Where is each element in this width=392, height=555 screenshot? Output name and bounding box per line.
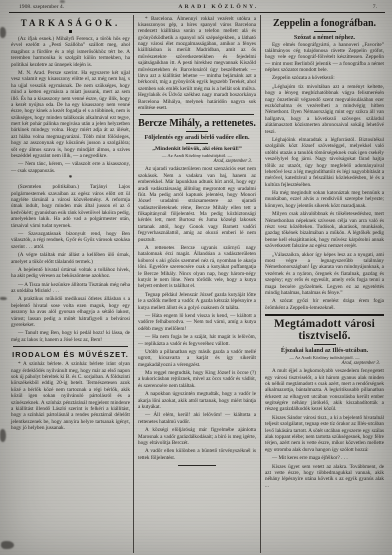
title-rule: [314, 31, 336, 32]
body-paragraph: Egy elmés fonográfgyártó, a hannoveri „F…: [265, 42, 384, 74]
body-paragraph: M. N. Arad. Persze szerint. Ha egyszerre…: [11, 70, 130, 159]
ink-smudge: [60, 0, 65, 3]
star-divider: *: [11, 176, 130, 181]
ink-smudge: [0, 27, 6, 38]
column-divider: [260, 15, 261, 553]
section-rule: [140, 114, 254, 115]
end-rule: [178, 465, 216, 466]
article-subtitle: Éjszakai kaland az Illés-utcában.: [265, 347, 384, 354]
masthead: ARADI KÖZLÖNY.: [178, 4, 258, 10]
section-title-tarkasagok: TARKASÁGOK.: [11, 18, 130, 28]
body-paragraph: A szózat győzi hír emelést drága érem fo…: [265, 298, 384, 311]
byline: — Az Aradi Közlöny tudósítójától. —: [265, 355, 384, 360]
body-paragraph: — Szavazgatásnak bizonyult rend, hogy Be…: [11, 231, 130, 250]
article-title-zeppelin: Zeppelin a fonográfban.: [265, 18, 384, 29]
column-middle: * Barcelona. Álmennyi rokkal vezérelt ut…: [135, 15, 259, 553]
page-header: 1908. szeptember 4. ARADI KÖZLÖNY. 7.: [9, 3, 385, 10]
body-paragraph: (Az ifjak esnek.) Mihályfi Ferencz, a tö…: [11, 36, 130, 68]
title-rule: [186, 131, 208, 132]
body-paragraph: A bejelentő hivatal úrtársai voltak a to…: [11, 267, 130, 280]
column-right: Zeppelin a fonográfban. Szózat a német n…: [262, 15, 385, 553]
square-divider: [69, 30, 73, 34]
body-paragraph: (A végre találtak már állást a kellőben …: [11, 252, 130, 265]
article-subtitle: Följelentés egy aradi bérlő vadőre ellen…: [138, 134, 256, 141]
body-paragraph: Kiszes Sándor városi tiszt., a ki a beje…: [265, 415, 384, 453]
body-paragraph: „Válaszaikra, akkor így képes lesz az a …: [265, 252, 384, 297]
byline: — Az Aradi Közlöny tudósítójától. —: [138, 153, 256, 158]
body-paragraph: Léghajóink elmaradtak a légforrástól. Bi…: [265, 137, 384, 188]
ink-smudge: [0, 297, 7, 300]
body-paragraph: — Mit keres erre maga éjfélkor? . . .: [265, 455, 384, 461]
body-paragraph: A vadőr ellen különben a büntető törvény…: [138, 448, 256, 461]
page-number: 7.: [373, 4, 377, 10]
section-rule: [265, 314, 384, 316]
body-paragraph: — Áll elém, kerül! aki lelövöm! — kiálto…: [138, 412, 256, 425]
section-title-irodalom: IRODALOM ÉS MŰVÉSZET.: [11, 350, 130, 359]
body-paragraph: Kiszes ügyet sem vetett az alakra. Továb…: [265, 464, 384, 490]
dateline: Arad, szeptember 3.: [265, 361, 380, 366]
body-paragraph: Utóbb a pillanatban egy másik gazda a va…: [138, 349, 256, 368]
article-title-bercze: Bercze Mihály, a rettenetes.: [138, 118, 256, 129]
body-paragraph: — Háta engem lő kend vissza is kend, — k…: [138, 313, 256, 332]
column-left: TARKASÁGOK. (Az ifjak esnek.) Mihályfi F…: [9, 15, 132, 553]
issue-date: 1908. szeptember 4.: [19, 4, 64, 10]
article-title-tisztviselo: Megtámadott városi tisztviselő.: [265, 318, 384, 342]
body-paragraph: Milyen csak alávalóbbnak és tökéletesedé…: [265, 211, 384, 249]
body-paragraph: Ma reggel megtudták, hogy King József is…: [138, 370, 256, 389]
body-paragraph: A mult éjjel a legkomolyabb veszedelem f…: [265, 368, 384, 413]
body-paragraph: — A Tisza már kezünkre állította Tisztán…: [11, 282, 130, 295]
body-paragraph: (Szemtelen politikában.) Tarjányi Lajos …: [11, 184, 130, 229]
body-paragraph: A praktikus működő medikusai ötletes áll…: [11, 296, 130, 328]
title-rule: [314, 344, 336, 345]
article-subtitle: Szózat a német néphez.: [265, 34, 384, 41]
body-paragraph: — Tanult meg Ben, hogy ki pedál hozz! ki…: [11, 330, 130, 343]
title-rule: [186, 143, 208, 144]
body-paragraph: Zeppelin szózata a következő:: [265, 75, 384, 81]
body-paragraph: A községi elöljáróság már figyelmébe ajá…: [138, 427, 256, 446]
section-rule: [13, 346, 128, 347]
dateline: Arad, szeptember 3.: [138, 159, 252, 164]
body-paragraph: „Léghajóm tíz mivoltában azt a reményt k…: [265, 84, 384, 135]
body-paragraph: * A szinház bérlete. A szinház bérlete i…: [11, 361, 130, 431]
runover-paragraph: * Barcelona. Álmennyi rokkal vezérelt ut…: [138, 16, 256, 112]
ink-smudge: [1, 541, 14, 549]
body-paragraph: A rettenetes Bercze ugyanis szörnyű nagy…: [138, 245, 256, 290]
body-paragraph: Az ujaradi vadászterületen most szenzáci…: [138, 166, 256, 243]
column-divider: [133, 15, 134, 553]
columns: TARKASÁGOK. (Az ifjak esnek.) Mihályfi F…: [9, 15, 385, 553]
body-paragraph: Tegnap például Jelenszár József gazda ku…: [138, 292, 256, 311]
body-paragraph: — Nem tánc, kérem, — válaszolt erre a ki…: [11, 161, 130, 174]
body-paragraph: — Ha nem fogja be a száját, hát magát is…: [138, 334, 256, 347]
body-paragraph: A napokban úgyszintén megtudták, hogy a …: [138, 391, 256, 410]
newspaper-page: 1908. szeptember 4. ARADI KÖZLÖNY. 7. TA…: [0, 0, 392, 555]
body-paragraph: Ha még megindult sokan katonáztak meg be…: [265, 190, 384, 209]
header-rule: [9, 12, 385, 13]
ink-smudge: [0, 429, 6, 442]
article-quote: „Mindenkit lelövök, aki elém kerül!”: [138, 146, 256, 152]
